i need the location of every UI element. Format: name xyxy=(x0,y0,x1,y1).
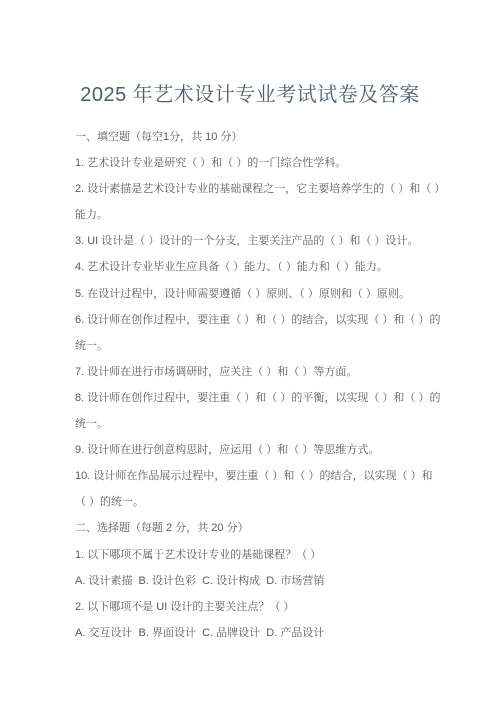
question-line-10-continuation: （ ）的统一。 xyxy=(75,489,460,515)
question-line-2: 2. 设计素描是艺术设计专业的基础课程之一，它主要培养学生的（ ）和（ ） xyxy=(75,176,460,202)
question-line-6: 6. 设计师在创作过程中，要注重（ ）和（ ）的结合，以实现（ ）和（ ）的 xyxy=(75,307,460,333)
question-line-8: 8. 设计师在创作过程中，要注重（ ）和（ ）的平衡，以实现（ ）和（ ）的 xyxy=(75,385,460,411)
section-2-header: 二、选择题（每题 2 分，共 20 分） xyxy=(75,515,460,541)
question-line-4: 4. 艺术设计专业毕业生应具备（ ）能力、（ ）能力和（ ）能力。 xyxy=(75,254,460,280)
question-line-6-continuation: 统一。 xyxy=(75,333,460,359)
document-body: 一、填空题（每空1分，共 10 分） 1. 艺术设计专业是研究（ ）和（ ）的一… xyxy=(75,124,460,646)
document-page: 2025 年艺术设计专业考试试卷及答案 一、填空题（每空1分，共 10 分） 1… xyxy=(0,0,500,707)
question-line-5: 5. 在设计过程中，设计师需要遵循（ ）原则、（ ）原则和（ ）原则。 xyxy=(75,281,460,307)
document-title: 2025 年艺术设计专业考试试卷及答案 xyxy=(0,83,500,108)
choice-options-line-2: A. 交互设计 B. 界面设计 C. 品牌设计 D. 产品设计 xyxy=(75,620,460,646)
question-line-10: 10. 设计师在作品展示过程中，要注重（ ）和（ ）的结合，以实现（ ）和 xyxy=(75,463,460,489)
choice-question-line-1: 1. 以下哪项不属于艺术设计专业的基础课程？（ ） xyxy=(75,542,460,568)
question-line-7: 7. 设计师在进行市场调研时，应关注（ ）和（ ）等方面。 xyxy=(75,359,460,385)
question-line-9: 9. 设计师在进行创意构思时，应运用（ ）和（ ）等思维方式。 xyxy=(75,437,460,463)
question-line-8-continuation: 统一。 xyxy=(75,411,460,437)
choice-options-line-1: A. 设计素描 B. 设计色彩 C. 设计构成 D. 市场营销 xyxy=(75,568,460,594)
choice-question-line-2: 2. 以下哪项不是 UI 设计的主要关注点？（ ） xyxy=(75,594,460,620)
question-line-3: 3. UI 设计是（ ）设计的一个分支，主要关注产品的（ ）和（ ）设计。 xyxy=(75,228,460,254)
section-1-header: 一、填空题（每空1分，共 10 分） xyxy=(75,124,460,150)
question-line-1: 1. 艺术设计专业是研究（ ）和（ ）的一门综合性学科。 xyxy=(75,150,460,176)
question-line-2-continuation: 能力。 xyxy=(75,202,460,228)
